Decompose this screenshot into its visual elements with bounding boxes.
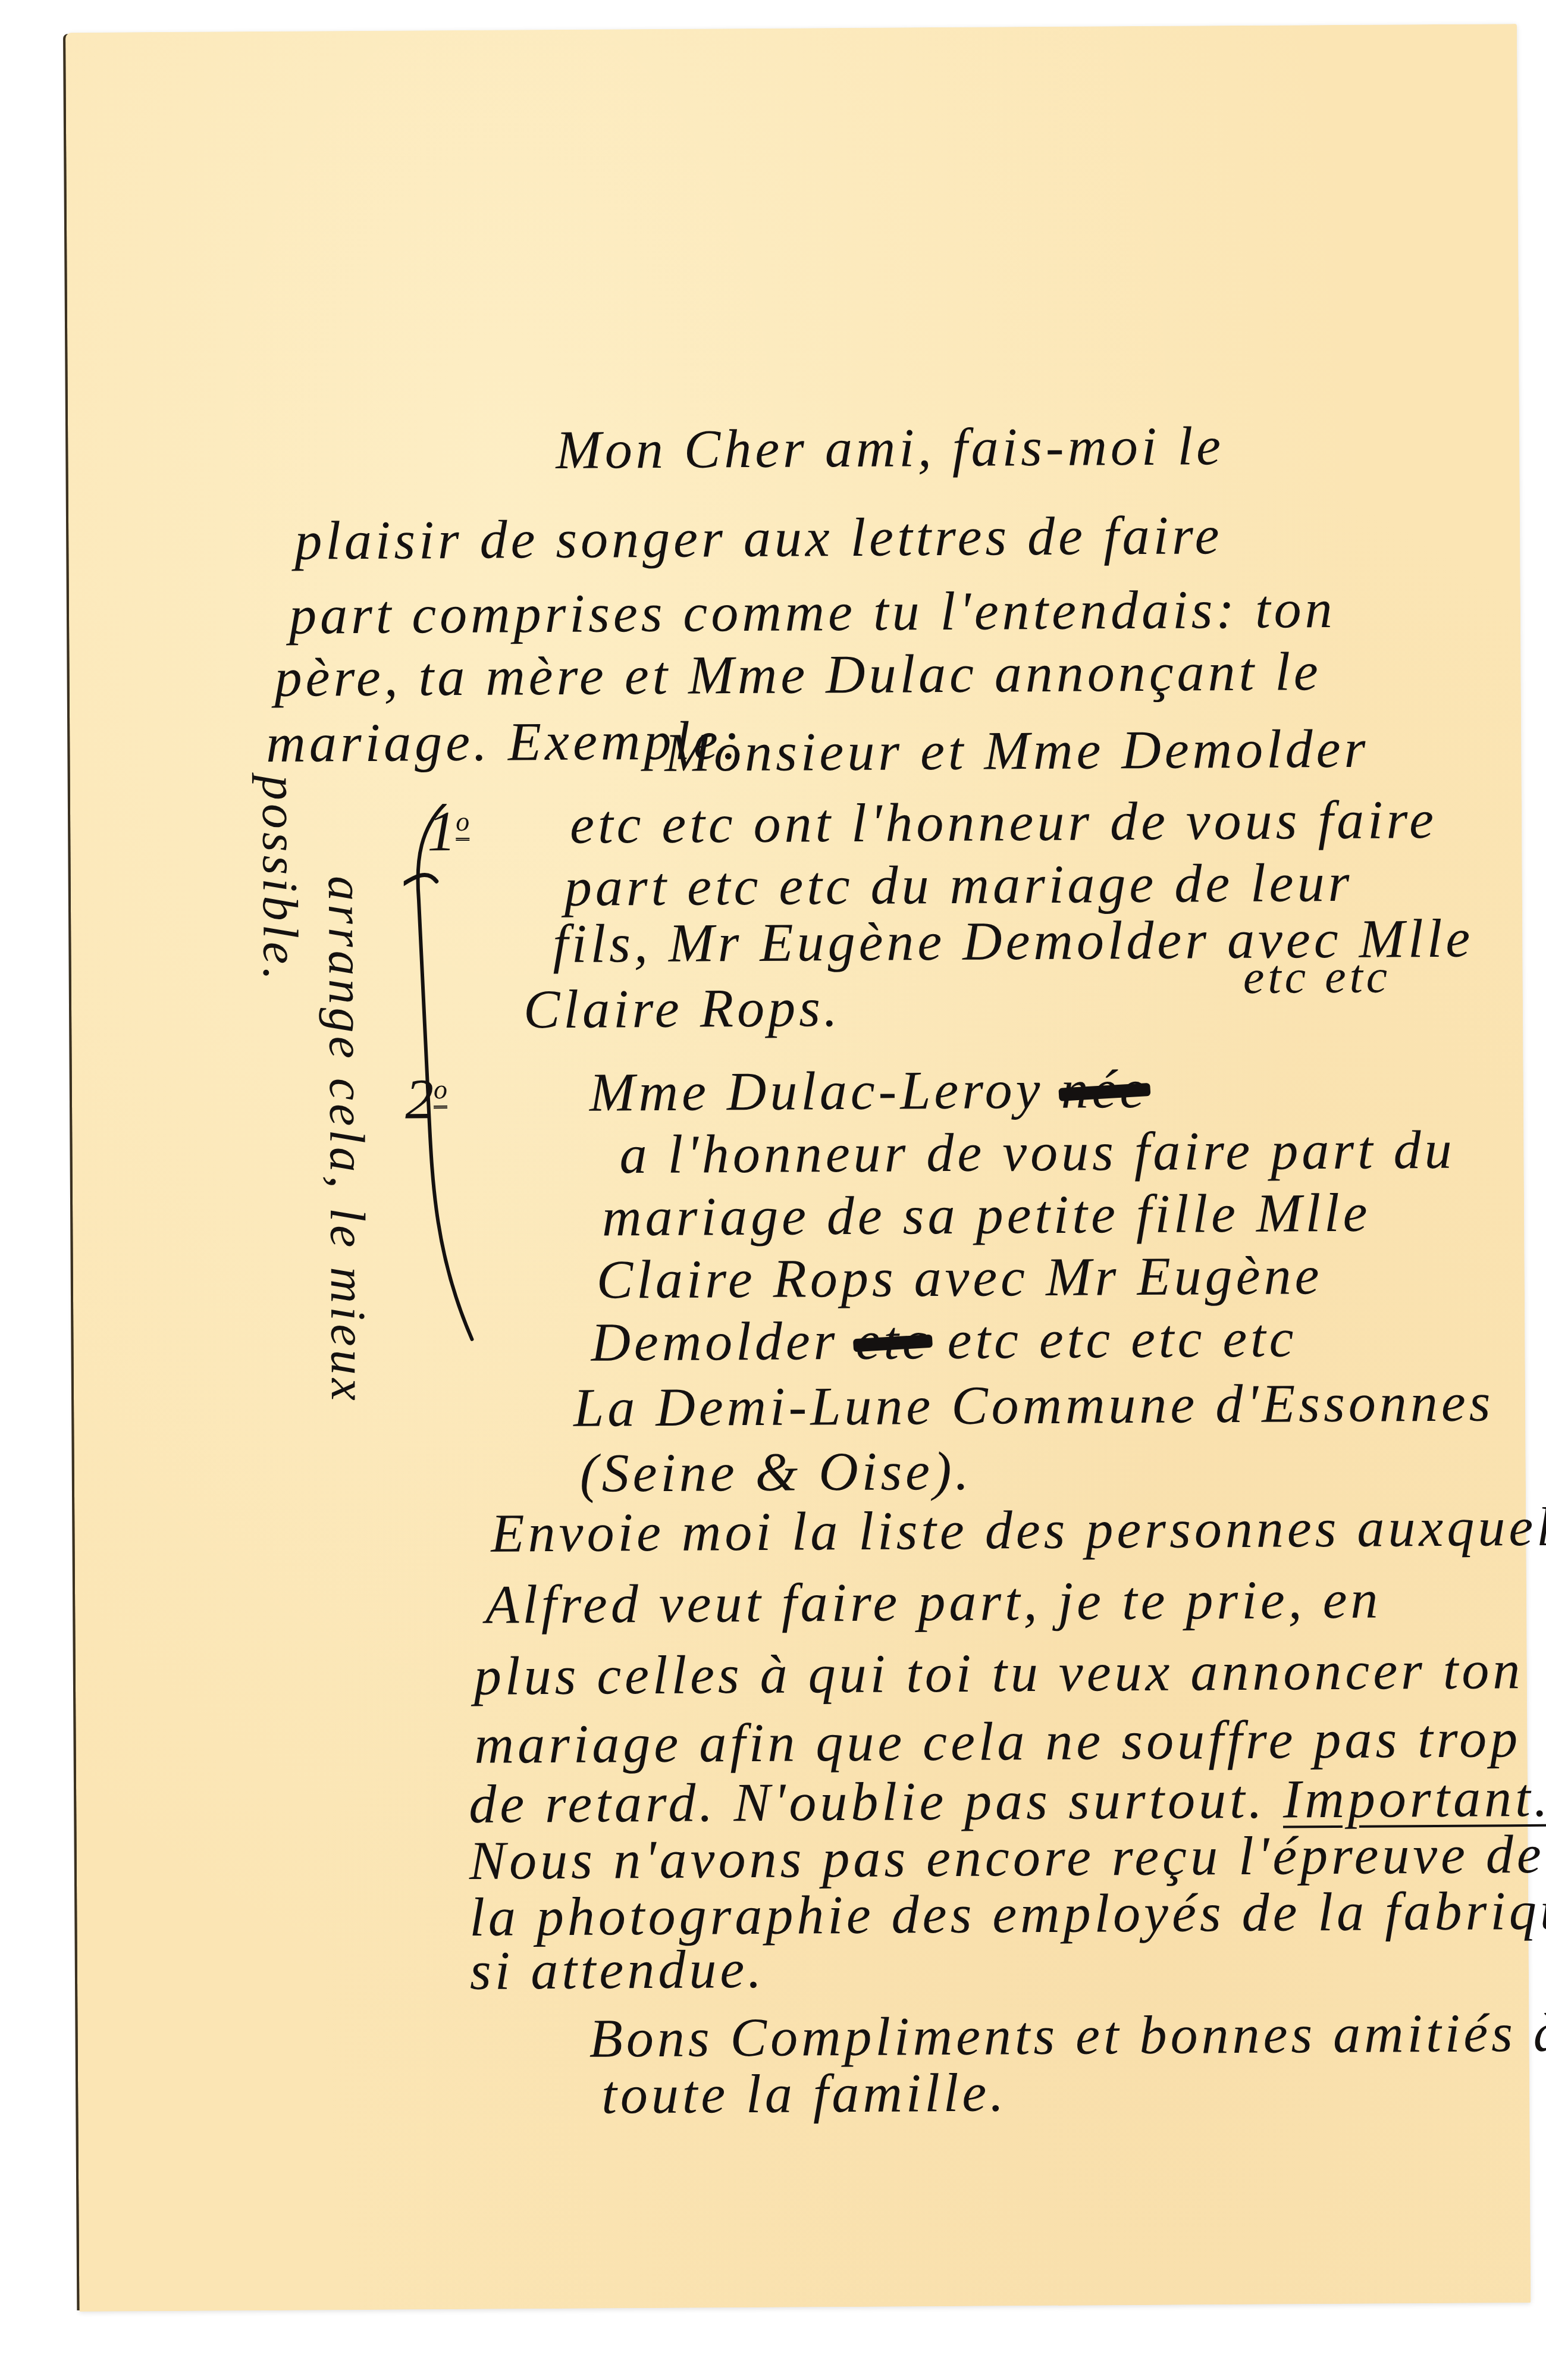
example-1-line-3: part etc etc du mariage de leur [565,855,1353,915]
example-2-number: 2 [405,1067,434,1130]
example-2-line-5: Demolder etc etc etc etc etc [591,1310,1297,1369]
margin-note-line-2: possible. [250,775,309,984]
example-2-line-2: a l'honneur de vous faire part du [619,1122,1456,1182]
example-2-address: La Demi-Lune Commune d'Essonnes [573,1374,1494,1435]
margin-note-line-1: arrange cela, le mieux [316,876,377,1404]
body-line-1: Envoie moi la liste des personnes auxque… [491,1499,1546,1561]
intro-line-2: plaisir de songer aux lettres de faire [294,508,1223,568]
closing-line-2: toute la famille. [601,2065,1008,2122]
example-1-line-2: etc etc ont l'honneur de vous faire [570,792,1437,852]
closing-line-1: Bons Compliments et bonnes amitiés à [589,2005,1546,2066]
example-2-line-5-text: Demolder [591,1310,839,1373]
example-1-ordinal: o [456,806,469,841]
example-2-marker: 2o [405,1066,448,1132]
body-line-5: de retard. N'oublie pas surtout. Importa… [469,1770,1546,1831]
example-2-ordinal: o [434,1074,447,1108]
example-1-line-1: Monsieur et Mme Demolder [664,721,1369,780]
body-line-8: si attendue. [470,1941,766,1998]
intro-line-3: part comprises comme tu l'entendais: ton [289,581,1336,643]
body-line-3: plus celles à qui toi tu veux annoncer t… [474,1642,1524,1703]
intro-line-1: Mon Cher ami, fais-moi le [556,418,1224,477]
example-2-line-1: Mme Dulac-Leroy née [589,1061,1148,1120]
body-line-7: la photographie des employés de la fabri… [469,1883,1546,1944]
body-line-4: mariage afin que cela ne souffre pas tro… [474,1711,1521,1772]
struck-word-2: etc [855,1313,930,1368]
body-line-5-text: de retard. N'oublie pas surtout. [469,1769,1266,1834]
example-1-number: 1 [427,799,456,863]
example-2-line-3: mariage de sa petite fille Mlle [602,1185,1371,1245]
example-2-line-5-tail: etc etc etc etc [947,1307,1297,1370]
example-2-region: (Seine & Oise). [580,1443,973,1501]
example-2-line-4: Claire Rops avec Mr Eugène [597,1248,1323,1307]
example-1-line-5: Claire Rops. [523,980,841,1036]
intro-line-4: père, ta mère et Mme Dulac annonçant le [274,644,1322,705]
example-1-interlinear-etc: etc etc [1243,953,1391,1001]
example-2-line-1-text: Mme Dulac-Leroy [589,1059,1044,1123]
important-note: Important. [1282,1767,1546,1830]
body-line-6: Nous n'avons pas encore reçu l'épreuve d… [469,1827,1545,1888]
letter-paper: Mon Cher ami, fais-moi le plaisir de son… [65,24,1531,2312]
struck-word-1: née [1061,1061,1147,1117]
body-line-2: Alfred veut faire part, je te prie, en [485,1572,1382,1632]
example-1-marker: 1o [427,798,470,864]
